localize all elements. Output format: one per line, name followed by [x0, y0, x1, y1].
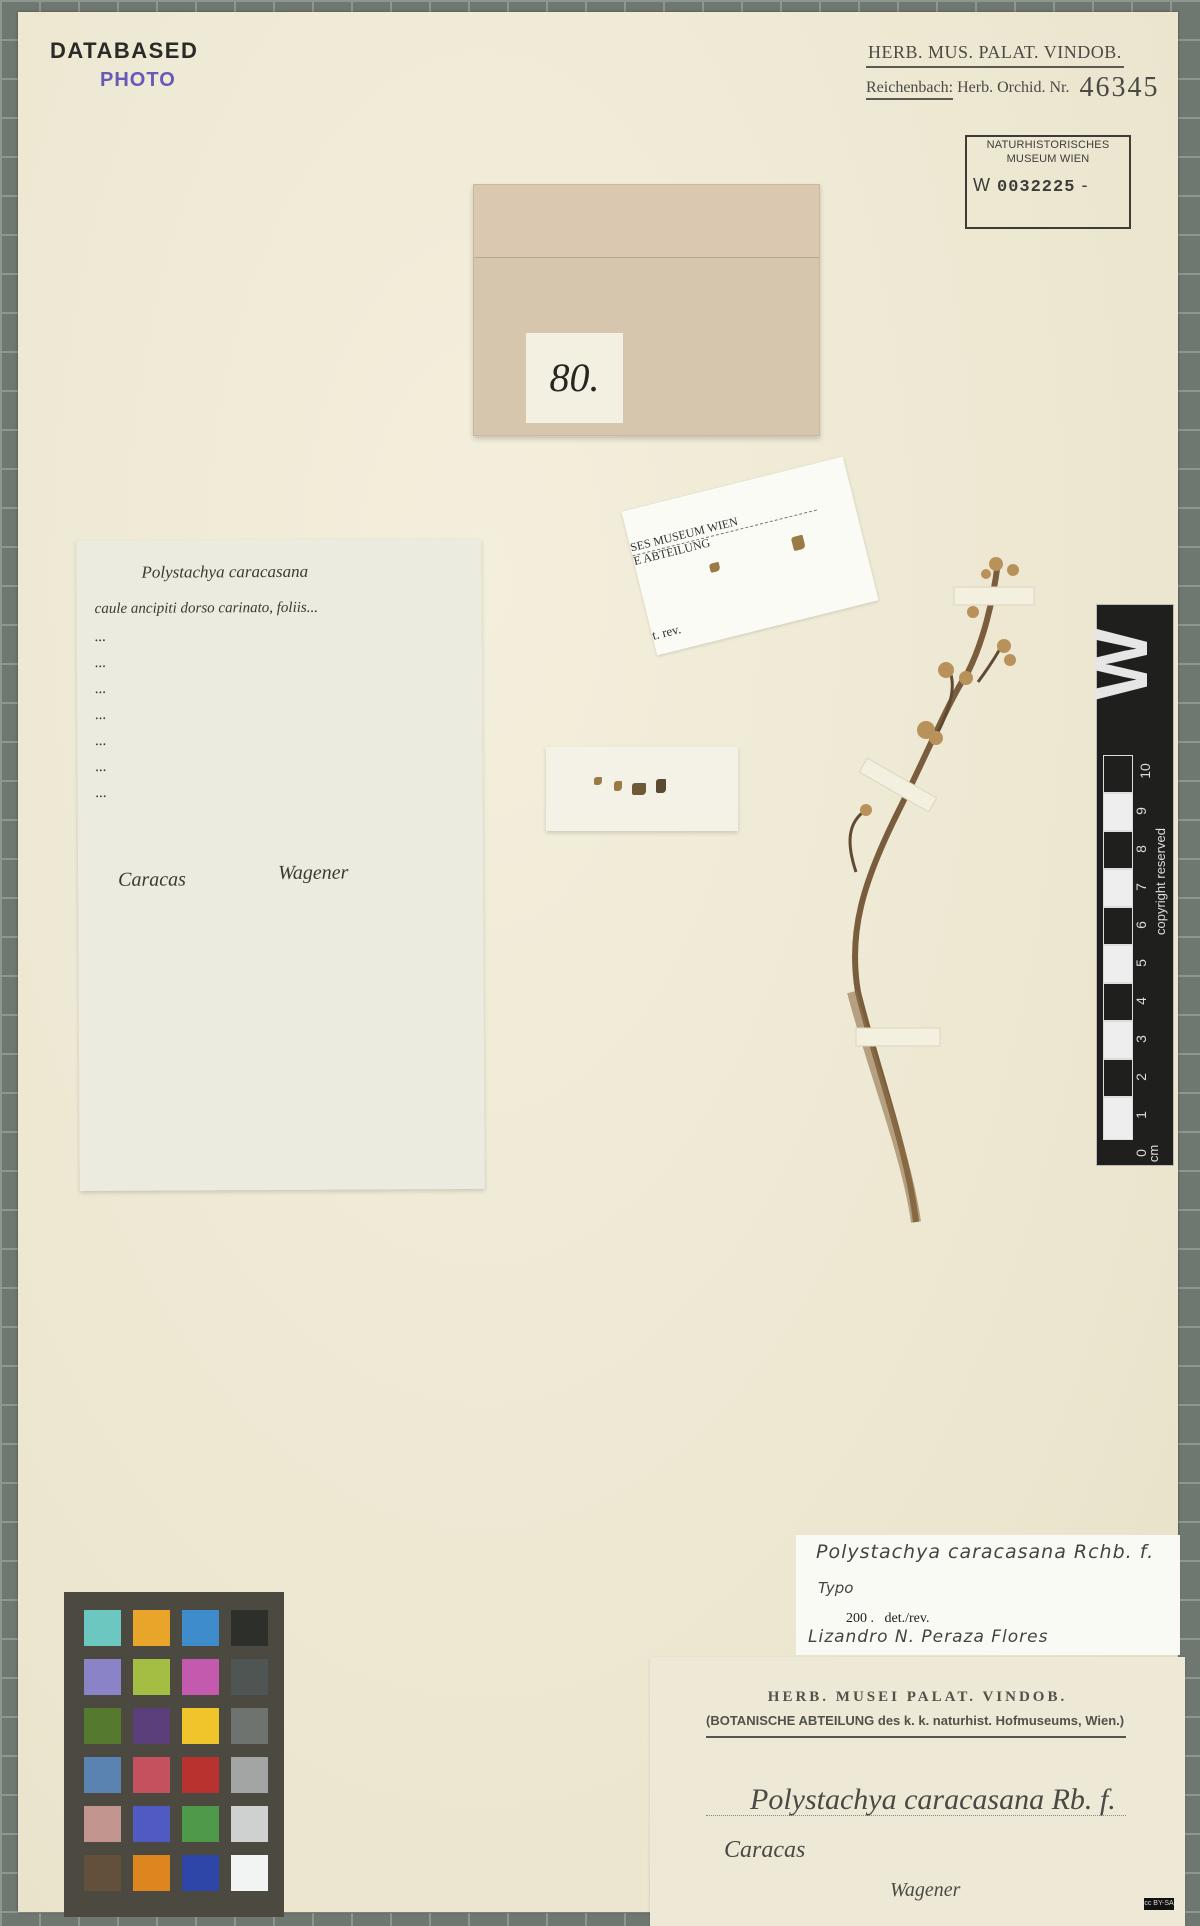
color-swatch — [84, 1806, 121, 1842]
letter-line: ... — [95, 733, 106, 750]
scale-number: 4 — [1133, 997, 1149, 1005]
fragment-label-rev: t. rev. — [651, 621, 683, 644]
color-swatch — [182, 1708, 219, 1744]
barcode-number: 0032225 — [997, 178, 1075, 197]
scale-number: 8 — [1133, 845, 1149, 853]
scale-number: 7 — [1133, 883, 1149, 891]
letter-locality: Caracas — [118, 868, 186, 891]
scale-cell — [1103, 945, 1133, 983]
color-swatch — [231, 1659, 268, 1695]
color-swatch — [182, 1757, 219, 1793]
det-rev-text: det./rev. — [885, 1611, 930, 1626]
determination-year: 200 . det./rev. — [846, 1611, 929, 1627]
determination-label: Polystachya caracasana Rchb. f. Typo 200… — [796, 1535, 1180, 1655]
museum-stamp-line1: NATURHISTORISCHES — [967, 139, 1129, 151]
letter-line: ... — [95, 759, 106, 776]
envelope-flap — [474, 185, 819, 258]
envelope-number-label: 80. — [526, 333, 623, 423]
letter-title: Polystachya caracasana — [141, 562, 308, 583]
determination-taxon: Polystachya caracasana Rchb. f. — [816, 1541, 1154, 1563]
label-locality: Caracas — [724, 1837, 805, 1864]
museum-stamp: NATURHISTORISCHES MUSEUM WIEN W0032225 - — [965, 135, 1131, 229]
scale-cell — [1103, 755, 1133, 793]
color-swatch — [231, 1855, 268, 1891]
scale-numbers: 0 1 2 3 4 5 6 7 8 9 10 — [1137, 605, 1153, 1165]
license-badge: cc BY-SA — [1144, 1898, 1174, 1910]
scale-number: 3 — [1133, 1035, 1149, 1043]
label-taxon: Polystachya caracasana Rb. f. — [750, 1783, 1116, 1817]
color-swatch — [84, 1855, 121, 1891]
herbarium-number-line: Reichenbach: Herb. Orchid. Nr. 46345 — [866, 72, 1160, 104]
scale-number: 6 — [1133, 921, 1149, 929]
color-swatch — [84, 1708, 121, 1744]
color-swatch — [182, 1806, 219, 1842]
color-swatch — [133, 1806, 170, 1842]
barcode-suffix: - — [1081, 175, 1088, 195]
herbarium-number: 46345 — [1080, 72, 1160, 103]
scale-number: 10 — [1137, 763, 1153, 779]
color-swatch — [133, 1708, 170, 1744]
scale-cell — [1103, 831, 1133, 869]
color-swatch — [133, 1610, 170, 1646]
color-swatch — [84, 1659, 121, 1695]
scale-cell — [1103, 869, 1133, 907]
scale-cell — [1103, 793, 1133, 831]
flower-fragment — [614, 781, 622, 791]
color-swatch — [231, 1708, 268, 1744]
letter-signature: Wagener — [278, 862, 348, 885]
herb-orchid-label: Herb. Orchid. Nr. — [957, 79, 1069, 96]
letter-line: caule ancipiti dorso carinato, foliis... — [95, 600, 318, 618]
letter-line: ... — [95, 681, 106, 698]
handwritten-letter: Polystachya caracasana caule ancipiti do… — [76, 539, 484, 1191]
scale-number: 5 — [1133, 959, 1149, 967]
flower-fragment — [791, 535, 806, 551]
reichenbach-label: Reichenbach: — [866, 79, 953, 100]
herbarium-sheet: DATABASED PHOTO HERB. MUS. PALAT. VINDOB… — [18, 12, 1178, 1912]
color-swatch — [182, 1610, 219, 1646]
copyright-text: copyright reserved — [1153, 828, 1168, 935]
scale-number: 9 — [1133, 807, 1149, 815]
color-swatch — [133, 1659, 170, 1695]
scale-unit: cm — [1146, 1145, 1161, 1162]
scale-cell — [1103, 1021, 1133, 1059]
year-text: 200 . — [846, 1611, 874, 1626]
barcode-prefix: W — [973, 175, 991, 195]
label-collector: Wagener — [890, 1879, 960, 1902]
herbarium-label: HERB. MUSEI PALAT. VINDOB. (BOTANISCHE A… — [650, 1657, 1185, 1926]
scale-number: 2 — [1133, 1073, 1149, 1081]
herbarium-header: HERB. MUS. PALAT. VINDOB. — [866, 42, 1124, 68]
scale-bar: W 0 1 2 3 4 5 6 7 8 9 10 copyright reser — [1096, 604, 1174, 1166]
color-swatch — [231, 1806, 268, 1842]
letter-line: ... — [95, 655, 106, 672]
color-swatch — [182, 1659, 219, 1695]
type-status: Typo — [818, 1579, 853, 1597]
fragment-packet — [546, 747, 738, 831]
barcode-line: W0032225 - — [973, 175, 1129, 197]
color-swatch — [84, 1610, 121, 1646]
plant-specimen — [818, 552, 1068, 1232]
flower-fragment — [594, 777, 602, 785]
color-calibration-chart — [64, 1592, 284, 1917]
color-swatch — [231, 1610, 268, 1646]
museum-logo-w: W — [1090, 636, 1180, 700]
determiner-name: Lizandro N. Peraza Flores — [808, 1627, 1049, 1647]
scale-cell — [1103, 1097, 1133, 1140]
flower-fragment — [632, 783, 646, 795]
color-swatch — [133, 1757, 170, 1793]
mounting-tape — [856, 1028, 940, 1046]
photo-stamp: PHOTO — [100, 70, 176, 90]
mounting-tape — [954, 587, 1034, 605]
color-swatch — [182, 1855, 219, 1891]
color-swatch — [133, 1855, 170, 1891]
letter-line: ... — [96, 785, 107, 802]
specimen-envelope: 80. — [473, 184, 820, 436]
scale-cell — [1103, 907, 1133, 945]
letter-line: ... — [95, 629, 106, 646]
museum-stamp-line2: MUSEUM WIEN — [967, 153, 1129, 165]
scale-ruler — [1103, 755, 1133, 1140]
scale-cell — [1103, 983, 1133, 1021]
letter-line: ... — [95, 707, 106, 724]
color-swatch — [231, 1757, 268, 1793]
label-header: HERB. MUSEI PALAT. VINDOB. — [650, 1689, 1185, 1706]
databased-stamp: DATABASED — [50, 40, 198, 62]
scale-cell — [1103, 1059, 1133, 1097]
label-subheader: (BOTANISCHE ABTEILUNG des k. k. naturhis… — [706, 1713, 1126, 1738]
flower-fragment — [656, 779, 666, 793]
flower-fragment — [709, 562, 721, 573]
color-swatch — [84, 1757, 121, 1793]
mounting-tape — [859, 758, 936, 812]
scale-number: 1 — [1133, 1111, 1149, 1119]
